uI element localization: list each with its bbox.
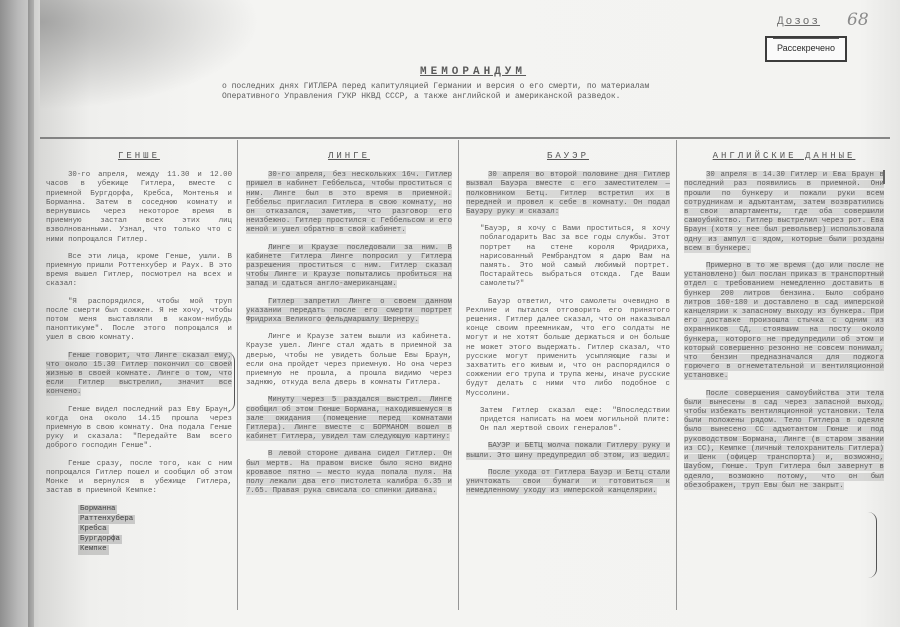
column-paragraph: "Я распорядился, чтобы мой труп после см… bbox=[46, 298, 232, 344]
column-paragraph: 30 апреля в 14.30 Гитлер и Ева Браун в п… bbox=[684, 171, 884, 254]
column-paragraph: 30-го апреля, между 11.30 и 12.00 часов … bbox=[46, 171, 232, 245]
column-paragraph: БАУЭР и БЕТЦ молча пожали Гитлеру руку и… bbox=[466, 442, 670, 460]
column-paragraph: Генше сразу, после того, как с ним попро… bbox=[46, 460, 232, 497]
column-paragraph: 30 апреля во второй половине дня Гитлер … bbox=[466, 171, 670, 217]
document-title: МЕМОРАНДУМ bbox=[420, 66, 526, 78]
margin-mark bbox=[883, 170, 885, 184]
margin-bracket bbox=[868, 512, 877, 578]
column-english-data: АНГЛИЙСКИЕ ДАННЫЕ30 апреля в 14.30 Гитле… bbox=[684, 140, 884, 610]
header-divider bbox=[40, 137, 890, 139]
column-paragraph: "Бауэр, я хочу с Вами проститься, я хочу… bbox=[480, 225, 670, 289]
declassified-stamp-text: Рассекречено bbox=[777, 43, 835, 53]
column-paragraph: В левой стороне дивана сидел Гитлер. Он … bbox=[246, 450, 452, 496]
name-item: Борманна bbox=[78, 505, 117, 514]
column-heading: ЛИНГЕ bbox=[246, 152, 452, 161]
document-subtitle: о последних днях ГИТЛЕРА перед капитуляц… bbox=[222, 82, 692, 102]
scanned-document-page: Дозоз 68 Рассекречено МЕМОРАНДУМ о после… bbox=[0, 0, 900, 627]
handwritten-page-number: 68 bbox=[847, 10, 869, 30]
name-item: Кребса bbox=[78, 525, 109, 534]
column-paragraph: 30-го апреля, без нескольких 16ч. Гитлер… bbox=[246, 171, 452, 235]
column-paragraph: Все эти лица, кроме Генше, ушли. В прием… bbox=[46, 253, 232, 290]
column-paragraph: После совершения самоубийства эти тела б… bbox=[684, 390, 884, 491]
column-paragraph: Бауэр ответил, что самолеты очевидно в Р… bbox=[466, 298, 670, 399]
binding-edge bbox=[28, 0, 34, 627]
name-item: Раттенхубера bbox=[78, 515, 135, 524]
column-bauer: БАУЭР30 апреля во второй половине дня Ги… bbox=[466, 140, 670, 610]
column-paragraph: Линге и Краузе затем вышли из кабинета. … bbox=[246, 333, 452, 388]
column-gensche: ГЕНШЕ30-го апреля, между 11.30 и 12.00 ч… bbox=[46, 140, 232, 610]
declassified-stamp: Рассекречено bbox=[765, 36, 847, 62]
column-paragraph: Гитлер запретил Линге о своем данном ука… bbox=[246, 298, 452, 326]
names-list: БорманнаРаттенхубераКребсаБургдорфаКемпк… bbox=[78, 505, 232, 555]
column-paragraph: Примерно в то же время (до или после не … bbox=[684, 262, 884, 382]
column-paragraph: Затем Гитлер сказал еще: "Впоследствии п… bbox=[480, 407, 670, 435]
column-paragraph: Генше видел последний раз Еву Браун, ког… bbox=[46, 406, 232, 452]
doc-label: Дозоз bbox=[777, 16, 820, 28]
column-divider bbox=[458, 140, 459, 610]
stamp-line bbox=[773, 38, 839, 42]
margin-bracket bbox=[226, 352, 235, 412]
column-heading: БАУЭР bbox=[466, 152, 670, 161]
name-item: Бургдорфа bbox=[78, 535, 122, 544]
name-item: Кемпке bbox=[78, 545, 109, 554]
archive-stamp-area: Дозоз 68 Рассекречено bbox=[755, 14, 895, 74]
column-paragraph: Линге и Краузе последовали за ним. В каб… bbox=[246, 244, 452, 290]
column-heading: ГЕНШЕ bbox=[46, 152, 232, 161]
column-heading: АНГЛИЙСКИЕ ДАННЫЕ bbox=[684, 152, 884, 161]
column-linge: ЛИНГЕ30-го апреля, без нескольких 16ч. Г… bbox=[246, 140, 452, 610]
column-paragraph: Минуту через 5 раздался выстрел. Линге с… bbox=[246, 396, 452, 442]
column-paragraph: После ухода от Гитлера Бауэр и Бетц стал… bbox=[466, 469, 670, 497]
column-divider bbox=[237, 140, 238, 610]
column-divider bbox=[676, 140, 677, 610]
column-paragraph: Генше говорит, что Линге сказал ему, что… bbox=[46, 352, 232, 398]
